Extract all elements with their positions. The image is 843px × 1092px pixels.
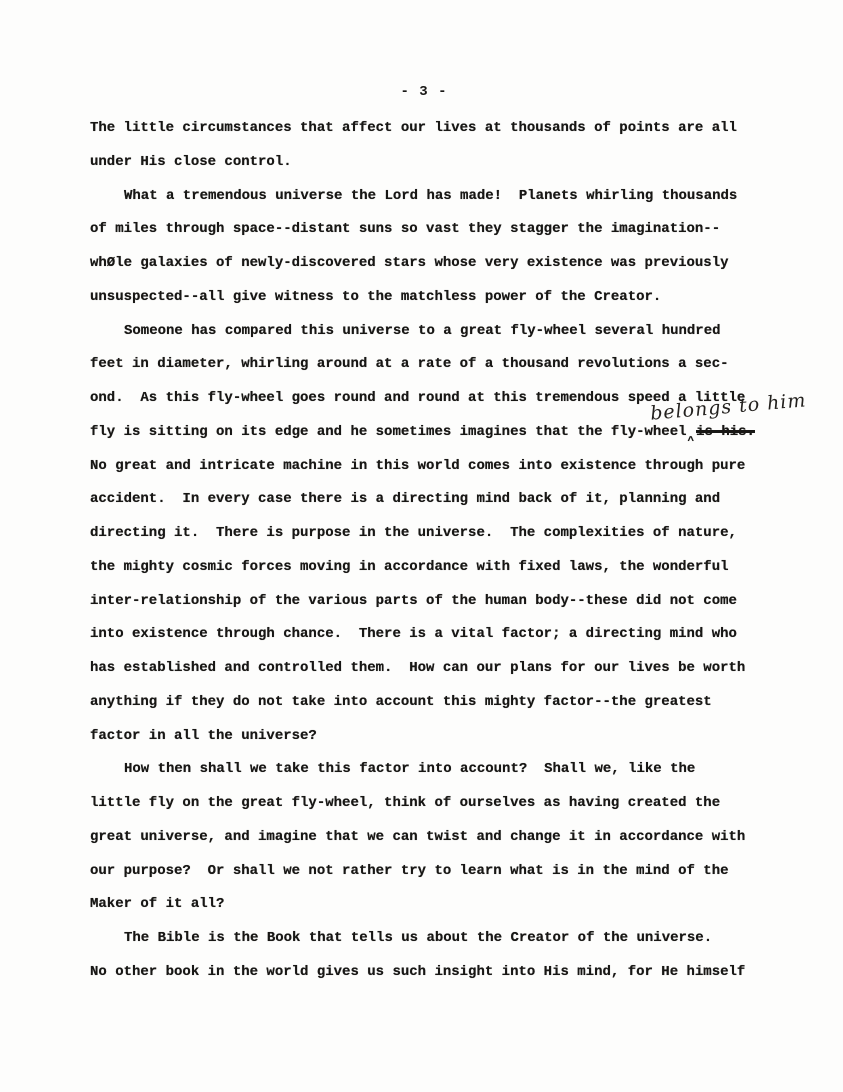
document-body: The little circumstances that affect our… bbox=[90, 112, 790, 990]
text-line: into existence through chance. There is … bbox=[90, 618, 790, 652]
text-line: Maker of it all? bbox=[90, 888, 790, 922]
typewritten-document-page: - 3 - The little circumstances that affe… bbox=[0, 0, 843, 1092]
paragraph: What a tremendous universe the Lord has … bbox=[90, 180, 790, 315]
text-line: accident. In every case there is a direc… bbox=[90, 483, 790, 517]
text-line: How then shall we take this factor into … bbox=[90, 753, 790, 787]
text-line: Someone has compared this universe to a … bbox=[90, 315, 790, 349]
text-line: little fly on the great fly-wheel, think… bbox=[90, 787, 790, 821]
text-line: The Bible is the Book that tells us abou… bbox=[90, 922, 790, 956]
text-segment: fly is sitting on its edge and he someti… bbox=[90, 424, 687, 440]
text-line: the mighty cosmic forces moving in accor… bbox=[90, 551, 790, 585]
text-line: our purpose? Or shall we not rather try … bbox=[90, 855, 790, 889]
text-line: under His close control. bbox=[90, 146, 790, 180]
paragraph: The little circumstances that affect our… bbox=[90, 112, 790, 180]
text-line: factor in all the universe? bbox=[90, 720, 790, 754]
text-line: unsuspected--all give witness to the mat… bbox=[90, 281, 790, 315]
text-line: whØle galaxies of newly-discovered stars… bbox=[90, 247, 790, 281]
page-number: - 3 - bbox=[90, 84, 758, 100]
paragraph: How then shall we take this factor into … bbox=[90, 753, 790, 922]
text-line: What a tremendous universe the Lord has … bbox=[90, 180, 790, 214]
text-line: No great and intricate machine in this w… bbox=[90, 450, 790, 484]
paragraph: Someone has compared this universe to a … bbox=[90, 315, 790, 754]
text-line: has established and controlled them. How… bbox=[90, 652, 790, 686]
text-line: of miles through space--distant suns so … bbox=[90, 213, 790, 247]
struck-text: is his. bbox=[696, 424, 755, 440]
text-line: inter-relationship of the various parts … bbox=[90, 585, 790, 619]
text-line: feet in diameter, whirling around at a r… bbox=[90, 348, 790, 382]
text-line: No other book in the world gives us such… bbox=[90, 956, 790, 990]
caret-mark: ^ bbox=[688, 436, 695, 448]
text-line: directing it. There is purpose in the un… bbox=[90, 517, 790, 551]
text-line: anything if they do not take into accoun… bbox=[90, 686, 790, 720]
text-line: great universe, and imagine that we can … bbox=[90, 821, 790, 855]
text-line: The little circumstances that affect our… bbox=[90, 112, 790, 146]
paragraph: The Bible is the Book that tells us abou… bbox=[90, 922, 790, 990]
